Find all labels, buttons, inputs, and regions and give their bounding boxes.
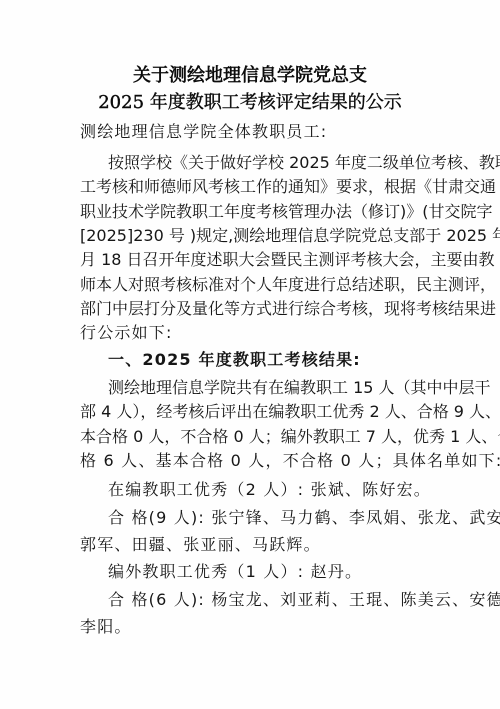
document-title-line-2: 2025 年度教职工考核评定结果的公示 [0,88,500,114]
staff-qualified-line: 合 格(9 人): 张宁锋、马力鹤、李凤娟、张龙、武安琪、 [108,508,500,528]
section-heading: 一、2025 年度教职工考核结果: [108,350,361,370]
summary-line: 部 4 人），经考核后评出在编教职工优秀 2 人、合格 9 人、基 [80,402,430,422]
intro-line: [2025]230 号 )规定,测绘地理信息学院党总支部于 2025 年 12 [80,226,430,246]
contract-excellent-line: 编外教职工优秀（1 人）: 赵丹。 [108,562,362,582]
summary-line: 本合格 0 人，不合格 0 人；编外教职工 7 人，优秀 1 人、合 [80,427,430,447]
contract-excellent-names: 赵丹。 [311,562,363,581]
contract-qualified-names-cont: 李阳。 [80,617,132,637]
intro-line: 行公示如下: [80,323,173,343]
summary-line: 格 6 人、基本合格 0 人，不合格 0 人；具体名单如下: [80,451,500,471]
contract-qualified-names: 杨宝龙、刘亚莉、王琨、陈美云、安德龙、 [211,590,500,609]
staff-qualified-label: 合 格(9 人): [108,508,205,527]
summary-line: 测绘地理信息学院共有在编教职工 15 人（其中中层干 [108,378,430,398]
salutation: 测绘地理信息学院全体教职员工: [80,122,327,142]
staff-excellent-line: 在编教职工优秀（2 人）: 张斌、陈好宏。 [108,480,431,500]
staff-qualified-names: 张宁锋、马力鹤、李凤娟、张龙、武安琪、 [211,508,500,527]
staff-qualified-names-cont: 郭军、田疆、张亚丽、马跃辉。 [80,535,321,555]
intro-line: 按照学校《关于做好学校 2025 年度二级单位考核、教职 [108,153,430,173]
staff-excellent-names: 张斌、陈好宏。 [311,480,431,499]
intro-line: 部门中层打分及量化等方式进行综合考核，现将考核结果进 [80,299,430,319]
intro-line: 师本人对照考核标准对个人年度进行总结述职，民主测评， [80,275,430,295]
document-page: 关于测绘地理信息学院党总支 2025 年度教职工考核评定结果的公示 测绘地理信息… [0,0,500,709]
staff-excellent-label: 在编教职工优秀（2 人）: [108,480,304,499]
intro-line: 职业技术学院教职工年度考核管理办法（修订)》(甘交院字 [80,202,430,222]
contract-qualified-line: 合 格(6 人): 杨宝龙、刘亚莉、王琨、陈美云、安德龙、 [108,590,500,610]
contract-excellent-label: 编外教职工优秀（1 人）: [108,562,304,581]
intro-line: 工考核和师德师风考核工作的通知》要求，根据《甘肃交通 [80,177,430,197]
contract-qualified-label: 合 格(6 人): [108,590,205,609]
document-title-line-1: 关于测绘地理信息学院党总支 [0,61,500,87]
intro-line: 月 18 日召开年度述职大会暨民主测评考核大会，主要由教 [80,250,430,270]
